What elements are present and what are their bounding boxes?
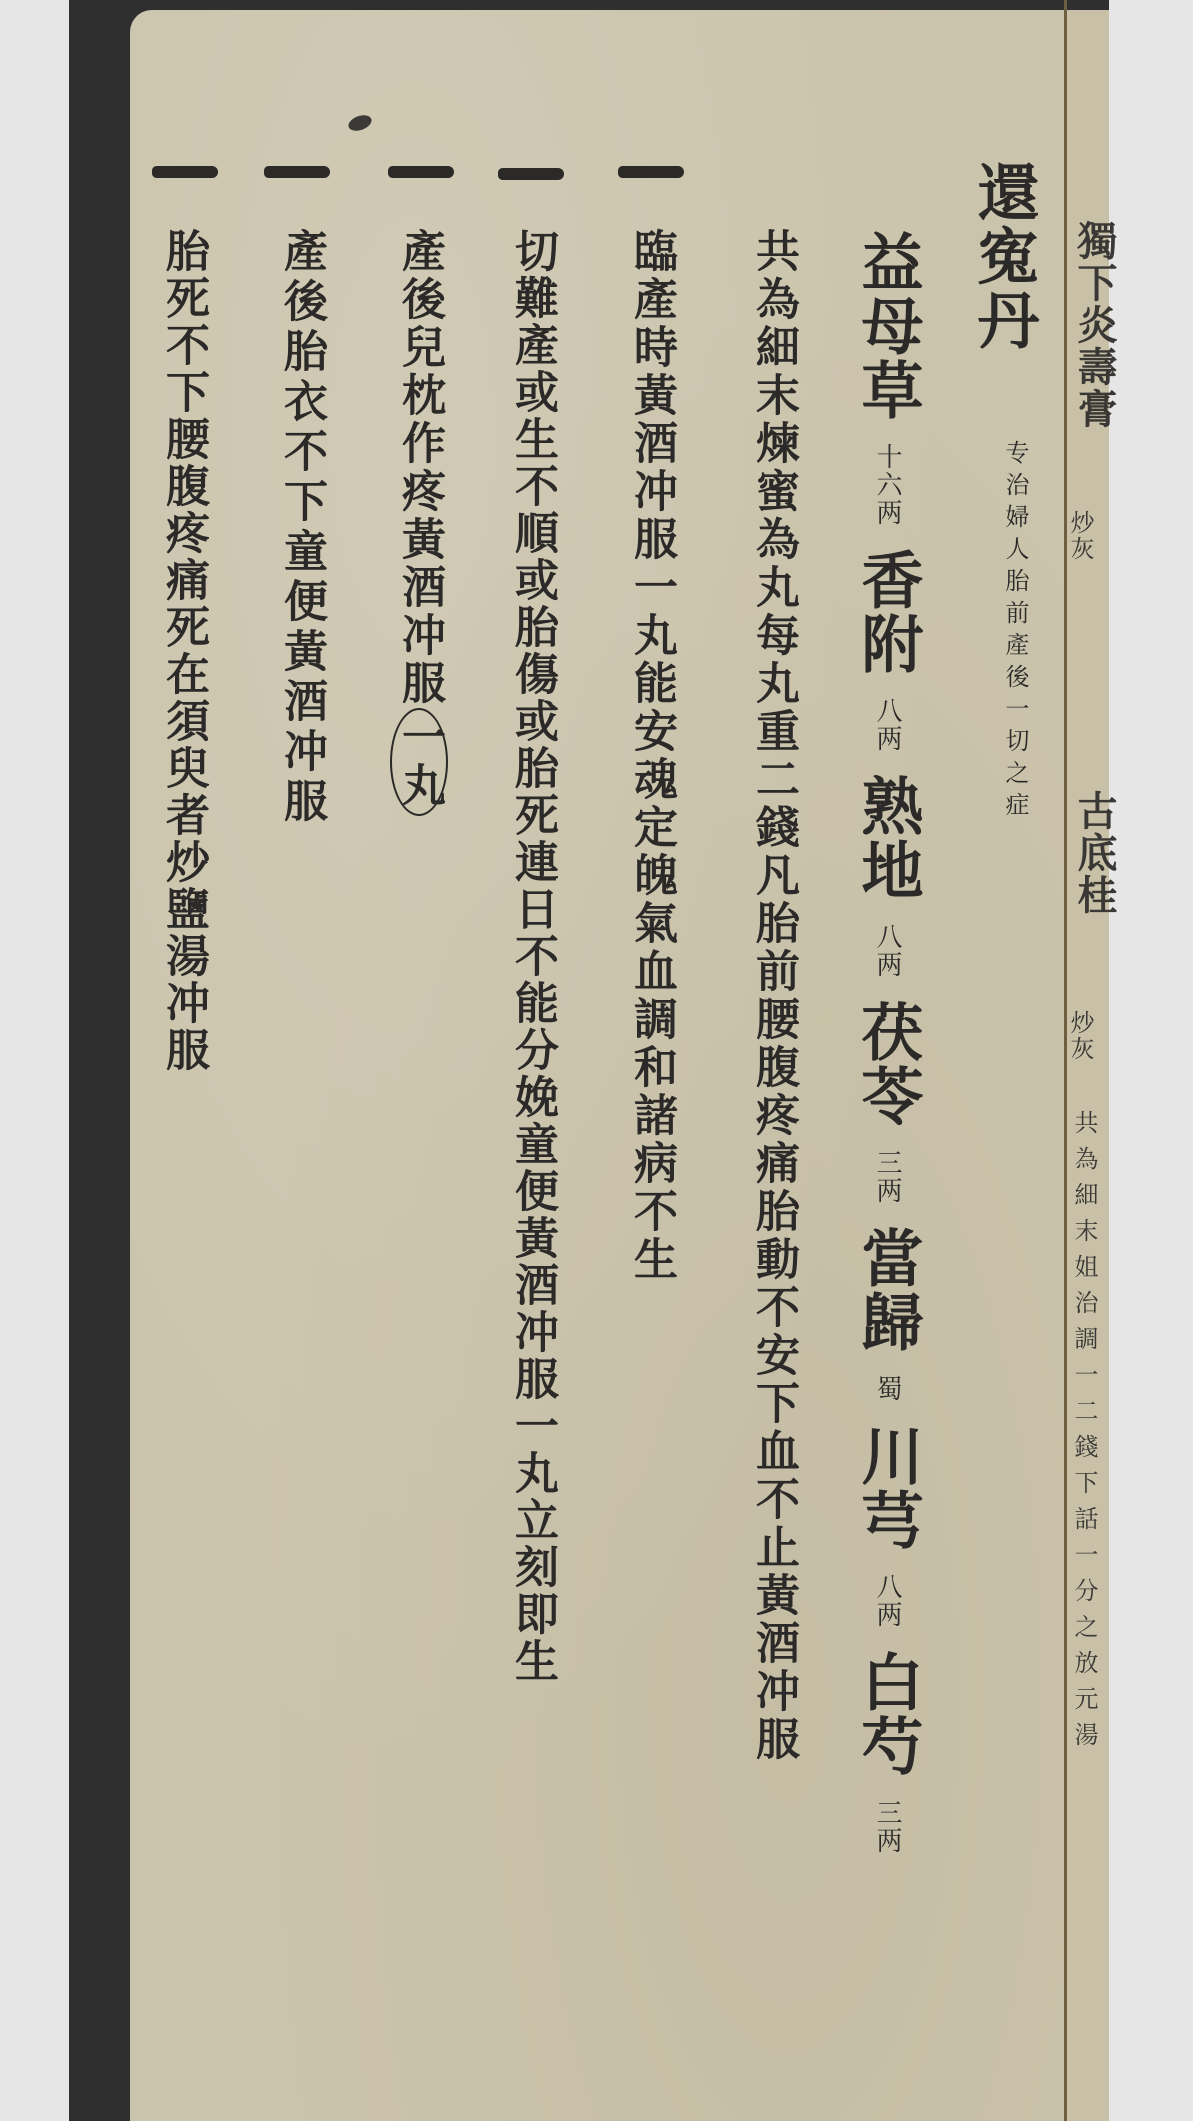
adjacent-note: 炒灰 xyxy=(1066,510,1094,562)
entry-5-text: 胎死不下腰腹疼痛死在須臾者炒鹽湯冲服 xyxy=(158,228,208,1074)
ingredient-amount: 三两 xyxy=(872,1799,902,1855)
ingredient-name: 當歸 xyxy=(851,1226,924,1354)
ingredient-amount: 蜀 xyxy=(872,1375,902,1403)
entry-bullet xyxy=(498,168,564,180)
entry-4-text: 產後胎衣不下童便黃酒冲服 xyxy=(276,228,326,828)
adjacent-text: 共為細末姐治調一二錢下話一分之放元湯 xyxy=(1070,1110,1098,1758)
ingredient-amount: 三两 xyxy=(872,1149,902,1205)
entry-bullet xyxy=(264,166,330,178)
title-note: 专治婦人胎前產後一切之症 xyxy=(1002,440,1028,824)
ingredients-column: 益母草 十六两 香附 八两 熟地 八两 茯苓 三两 當歸 蜀 川芎 八两 白芍 … xyxy=(852,230,922,1855)
ingredient-amount: 十六两 xyxy=(872,443,902,527)
entry-2-text: 切難產或生不順或胎傷或胎死連日不能分娩童便黃酒冲服一丸立刻即生 xyxy=(507,228,557,1685)
manuscript-page xyxy=(130,10,1070,2121)
ingredient-name: 益母草 xyxy=(851,230,924,422)
adjacent-heading: 獨下炎壽膏 xyxy=(1070,220,1118,430)
entry-bullet xyxy=(388,166,454,178)
entry-bullet xyxy=(152,166,218,178)
recipe-title: 還寃丹 xyxy=(968,160,1038,352)
ingredient-name: 川芎 xyxy=(851,1424,924,1552)
entry-1-text: 臨產時黃酒冲服一丸能安魂定魄氣血調和諸病不生 xyxy=(626,228,676,1284)
ingredient-amount: 八两 xyxy=(872,697,902,753)
ingredient-amount: 八两 xyxy=(872,923,902,979)
ingredient-name: 茯苓 xyxy=(851,1000,924,1128)
preparation-text: 共為細末煉蜜為丸每丸重二錢凡胎前腰腹疼痛胎動不安下血不止黃酒冲服 xyxy=(748,228,798,1764)
entry-3: 產後兒枕作疼黃酒冲服一丸 xyxy=(390,228,448,816)
entry-3-text: 產後兒枕作疼黃酒冲服 xyxy=(394,228,445,708)
ingredient-name: 香附 xyxy=(851,548,924,676)
adjacent-heading-2: 古底桂 xyxy=(1070,790,1118,916)
circled-annotation: 一丸 xyxy=(390,708,448,816)
ingredient-name: 熟地 xyxy=(851,774,924,902)
ingredient-name: 白芍 xyxy=(851,1650,924,1778)
entry-bullet xyxy=(618,166,684,178)
ingredient-amount: 八两 xyxy=(872,1573,902,1629)
adjacent-note-2: 炒灰 xyxy=(1066,1010,1094,1062)
